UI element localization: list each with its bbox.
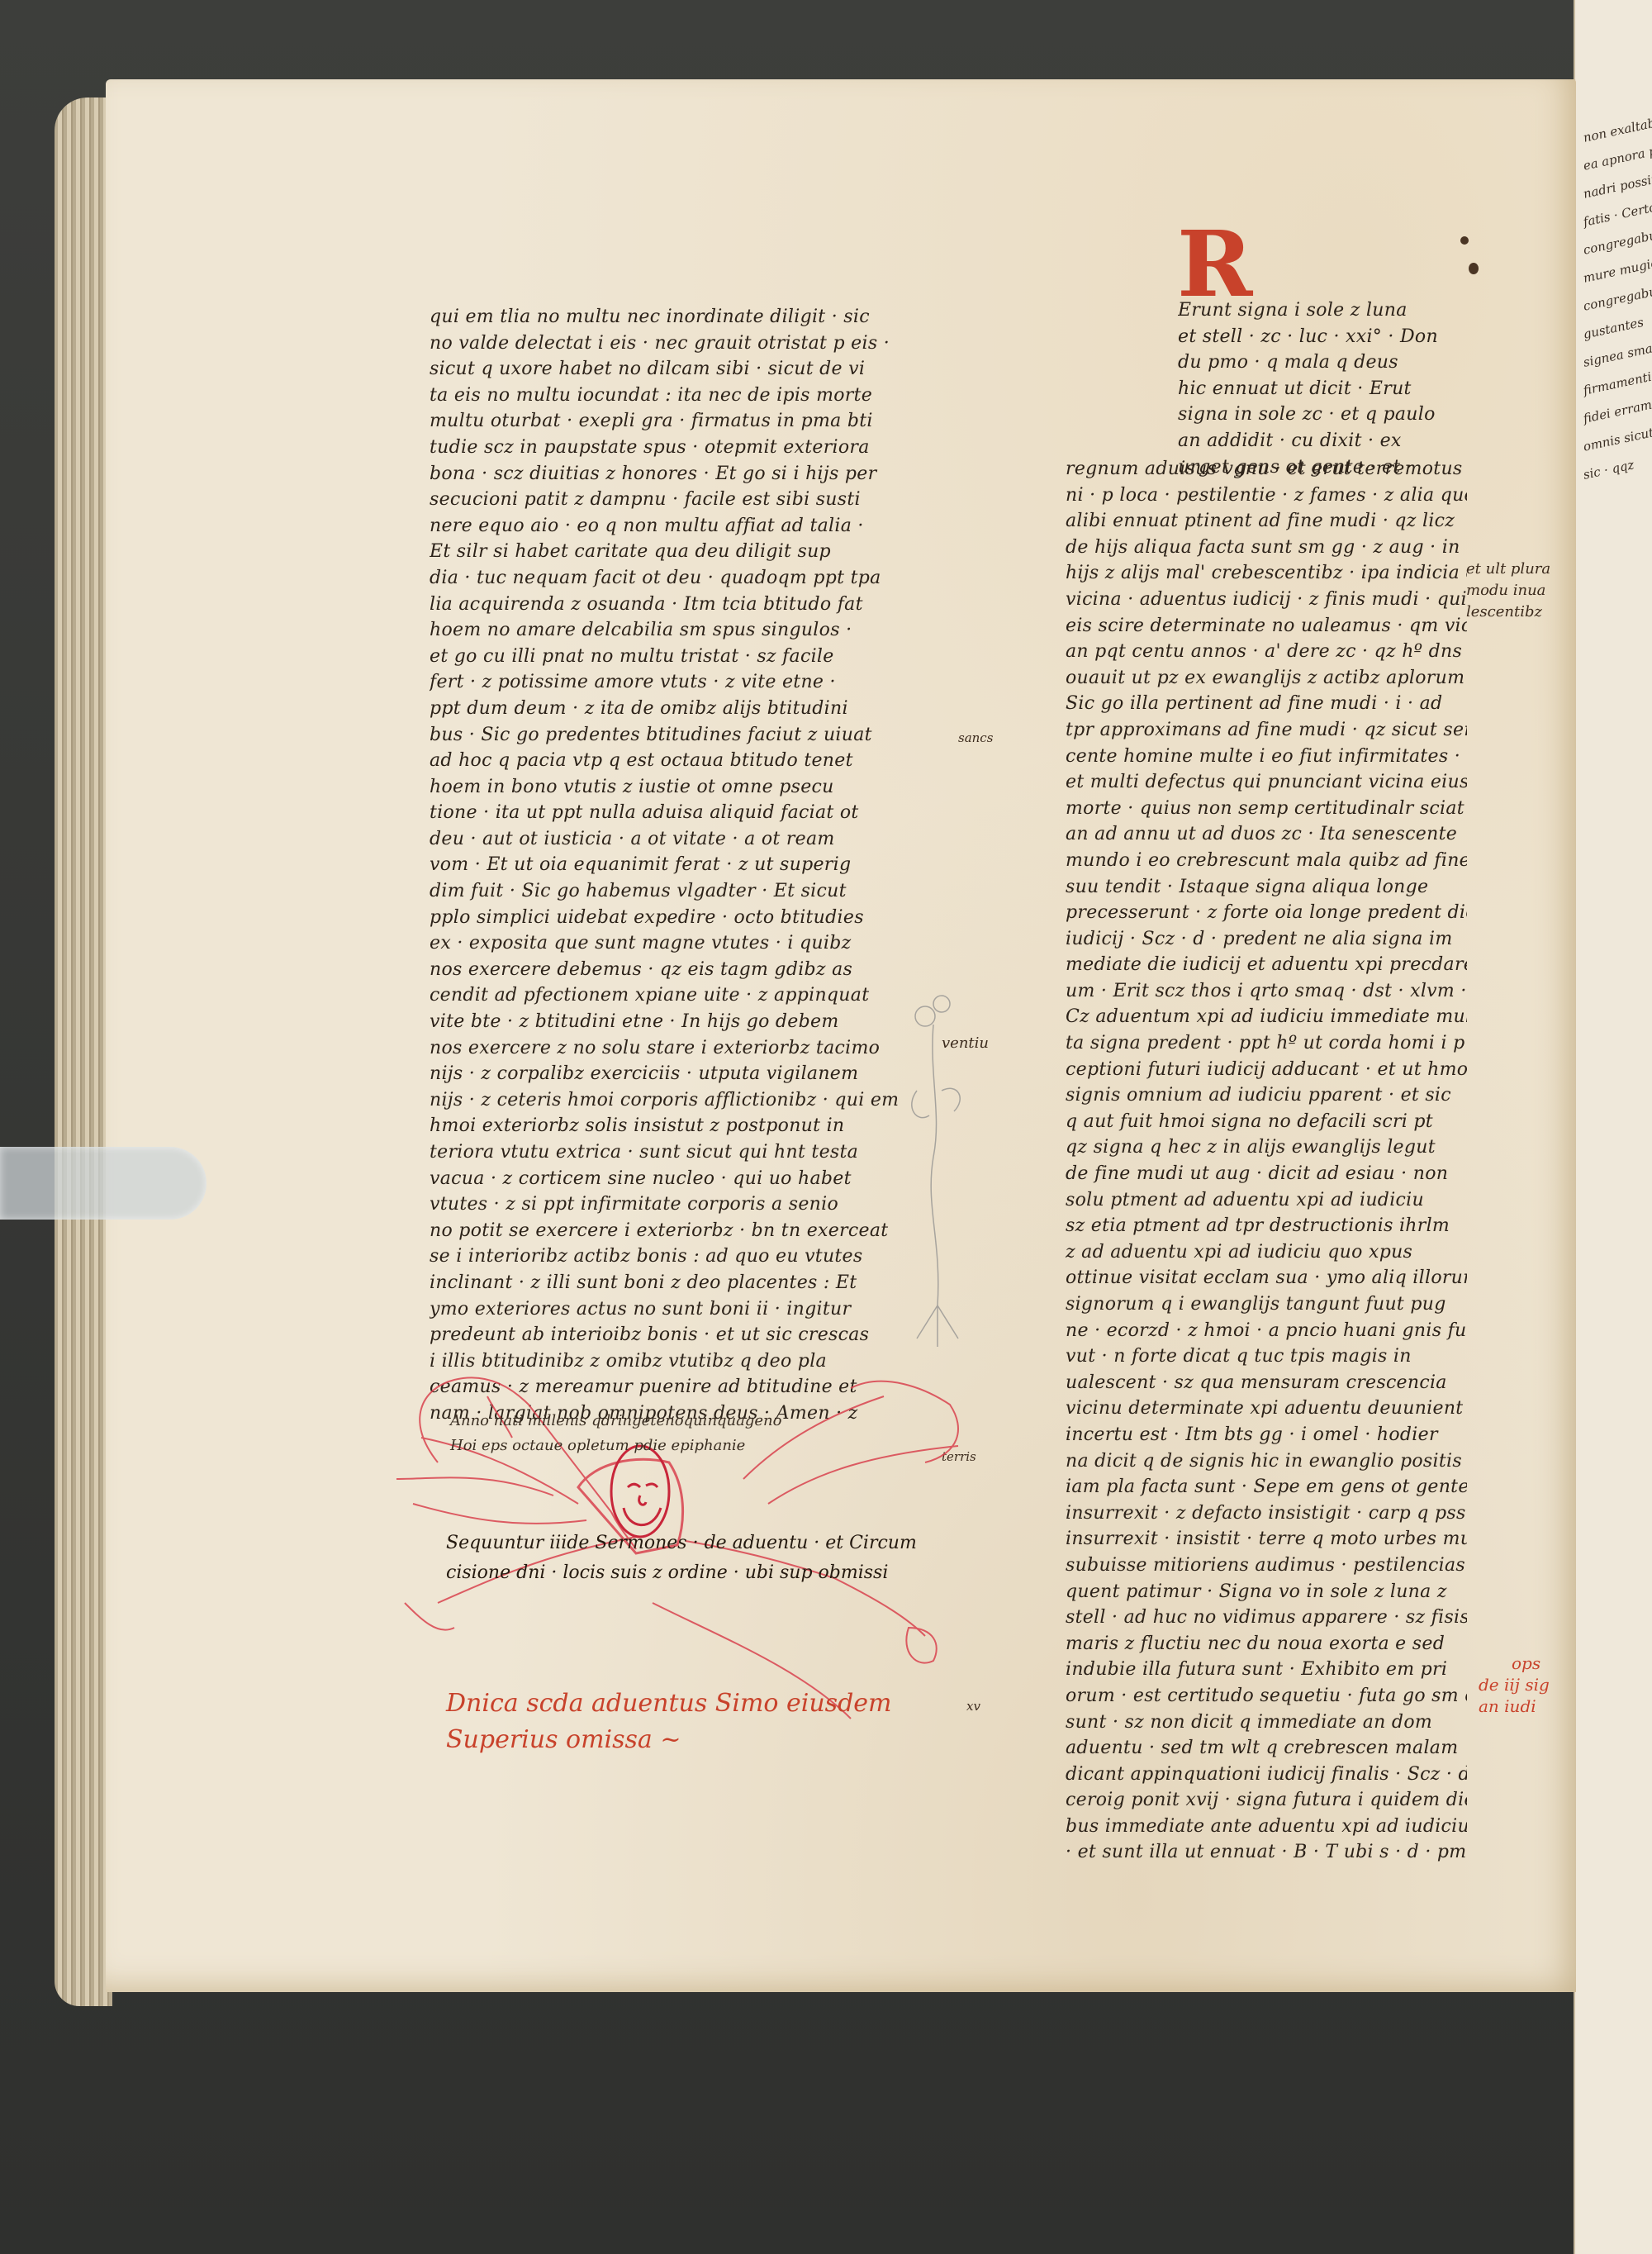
text-line: q aut fuit hmoi signa no defacili scri p… xyxy=(1066,1109,1467,1135)
incipit: Sequuntur iiide Sermones · de aduentu · … xyxy=(446,1529,917,1588)
text-line: bus · Sic go predentes btitudines faciut… xyxy=(430,722,975,749)
text-line: cente homine multe i eo fiut infirmitate… xyxy=(1066,744,1467,770)
text-line: vacua · z corticem sine nucleo · qui uo … xyxy=(430,1166,975,1192)
text-line: an ad annu ut ad duos zc · Ita senescent… xyxy=(1066,821,1467,848)
text-line: lia acquirenda z osuanda · Itm tcia btit… xyxy=(430,592,975,618)
text-line: ceptioni futuri iudicij adducant · et ut… xyxy=(1066,1057,1467,1083)
decorated-initial: R xyxy=(1177,223,1252,306)
incipit-line: Sequuntur iiide Sermones · de aduentu · … xyxy=(446,1529,917,1558)
text-line: et multi defectus qui pnunciant vicina e… xyxy=(1066,769,1467,796)
text-line: hijs z alijs mal' crebescentibz · ipa in… xyxy=(1066,560,1467,587)
gutter-note-sancs: sancs xyxy=(958,727,993,749)
text-line: suu tendit · Istaque signa aliqua longe xyxy=(1066,874,1467,901)
text-line: sunt · sz non dicit q immediate an dom xyxy=(1066,1710,1467,1736)
text-line: signa in sole zc · et q paulo xyxy=(1178,402,1467,428)
text-line: Erunt signa i sole z luna xyxy=(1178,297,1467,324)
text-line: et go cu illi pnat no multu tristat · sz… xyxy=(430,644,975,670)
text-line: solu ptment ad aduentu xpi ad iudiciu xyxy=(1066,1187,1467,1214)
text-line: eis scire determinate no ualeamus · qm v… xyxy=(1066,613,1467,640)
text-line: an addidit · cu dixit · ex xyxy=(1178,428,1467,454)
text-line: hmoi exteriorbz solis insistut z postpon… xyxy=(430,1113,975,1139)
margin-note-line: modu inua xyxy=(1466,580,1550,602)
text-line: secucioni patit z dampnu · facile est si… xyxy=(430,487,975,513)
text-line: de hijs aliqua facta sunt sm gg · z aug … xyxy=(1066,535,1467,561)
text-line: vicinu determinate xpi aduentu deuunient xyxy=(1066,1396,1467,1422)
margin-note-line: lescentibz xyxy=(1466,602,1550,623)
text-line: iudicij · Scz · d · predent ne alia sign… xyxy=(1066,926,1467,953)
text-line: hoem in bono vtutis z iustie ot omne pse… xyxy=(430,774,975,801)
rubric-line: Superius omissa ~ xyxy=(446,1722,891,1758)
text-line: bus immediate ante aduentu xpi ad iudici… xyxy=(1066,1814,1467,1840)
text-line: hoem no amare delcabilia sm spus singulo… xyxy=(430,617,975,644)
text-line: nere equo aio · eo q non multu affiat ad… xyxy=(430,513,975,540)
text-line: ne · ecorzd · z hmoi · a pncio huani gni… xyxy=(1066,1318,1467,1344)
text-line: multu oturbat · exepli gra · firmatus in… xyxy=(430,408,975,435)
margin-note-red: ops de iij sig an iudi xyxy=(1479,1652,1550,1717)
text-line: z ad aduentu xpi ad iudiciu quo xpus xyxy=(1066,1239,1467,1266)
margin-note-right: et ult plura modu inua lescentibz xyxy=(1466,559,1550,623)
text-line: signorum q i ewanglijs tangunt fuut pug xyxy=(1066,1291,1467,1318)
colophon-line: Anno nati millenis qdringetenoquinquagen… xyxy=(450,1409,781,1434)
text-line: maris z fluctiu nec du noua exorta e sed xyxy=(1066,1631,1467,1657)
margin-note-line: et ult plura xyxy=(1466,559,1550,580)
text-line: de fine mudi ut aug · dicit ad esiau · n… xyxy=(1066,1161,1467,1187)
text-line: insurrexit · insistit · terre q moto urb… xyxy=(1066,1526,1467,1553)
text-line: ceroig ponit xvij · signa futura i quide… xyxy=(1066,1787,1467,1814)
text-line: nijs · z ceteris hmoi corporis afflictio… xyxy=(430,1087,975,1114)
text-line: incertu est · Itm bts gg · i omel · hodi… xyxy=(1066,1422,1467,1448)
text-line: · et sunt illa ut ennuat · B · T ubi s ·… xyxy=(1066,1839,1467,1866)
text-line: sicut q uxore habet no dilcam sibi · sic… xyxy=(430,356,975,383)
text-line: du pmo · q mala q deus xyxy=(1178,350,1467,376)
text-line: predeunt ab interioibz bonis · et ut sic… xyxy=(430,1322,975,1348)
text-line: mediate die iudicij et aduentu xpi precd… xyxy=(1066,952,1467,978)
page-edge-stack xyxy=(55,97,112,2006)
text-line: teriora vtutu extrica · sunt sicut qui h… xyxy=(430,1139,975,1166)
text-line: qui em tlia no multu nec inordinate dili… xyxy=(430,304,975,330)
text-line: inclinant · z illi sunt boni z deo place… xyxy=(430,1270,975,1296)
text-line: an pqt centu annos · a' dere zc · qz hº … xyxy=(1066,639,1467,665)
graphite-sketch xyxy=(909,991,1008,1405)
margin-note-line: de iij sig xyxy=(1479,1674,1550,1695)
text-line: orum · est certitudo sequetiu · futa go … xyxy=(1066,1683,1467,1710)
right-text-column: regnum aduisus vgnu · et erut terremotus… xyxy=(1066,456,1467,1866)
text-line: quent patimur · Signa vo in sole z luna … xyxy=(1066,1579,1467,1605)
text-line: cendit ad pfectionem xpiane uite · z app… xyxy=(430,982,975,1009)
text-line: ottinue visitat ecclam sua · ymo aliq il… xyxy=(1066,1265,1467,1291)
text-line: vut · n forte dicat q tuc tpis magis in xyxy=(1066,1343,1467,1370)
text-line: deu · aut ot iusticia · a ot vitate · a … xyxy=(430,826,975,853)
text-line: nijs · z corpalibz exerciciis · utputa v… xyxy=(430,1061,975,1087)
text-line: dia · tuc nequam facit ot deu · quadoqm … xyxy=(430,565,975,592)
text-line: Sic go illa pertinent ad fine mudi · i ·… xyxy=(1066,691,1467,717)
margin-note-line: ops xyxy=(1479,1652,1550,1674)
worm-hole xyxy=(1460,236,1469,245)
incipit-line: cisione dni · locis suis z ordine · ubi … xyxy=(446,1558,917,1588)
text-line: iam pla facta sunt · Sepe em gens ot gen… xyxy=(1066,1474,1467,1500)
text-line: signis omnium ad iudiciu pparent · et si… xyxy=(1066,1082,1467,1109)
text-line: nos exercere debemus · qz eis tagm gdibz… xyxy=(430,957,975,983)
text-line: vtutes · z si ppt infirmitate corporis a… xyxy=(430,1191,975,1218)
text-line: regnum aduisus vgnu · et erut terremotus… xyxy=(1066,456,1467,483)
text-line: no potit se exercere i exteriorbz · bn t… xyxy=(430,1218,975,1244)
text-line: indubie illa futura sunt · Exhibito em p… xyxy=(1066,1657,1467,1683)
text-line: na dicit q de signis hic in ewanglio pos… xyxy=(1066,1448,1467,1475)
worm-hole xyxy=(1469,263,1479,274)
text-line: ni · p loca · pestilentie · z fames · z … xyxy=(1066,483,1467,509)
text-line: vite bte · z btitudini etne · In hijs go… xyxy=(430,1009,975,1035)
left-text-column: qui em tlia no multu nec inordinate dili… xyxy=(430,304,975,1427)
text-line: tpr approximans ad fine mudi · qz sicut … xyxy=(1066,717,1467,744)
text-line: fert · z potissime amore vtuts · z vite … xyxy=(430,669,975,696)
text-line: nos exercere z no solu stare i exteriorb… xyxy=(430,1035,975,1062)
text-line: ad hoc q pacia vtp q est octaua btitudo … xyxy=(430,748,975,774)
text-line: ta eis no multu iocundat : ita nec de ip… xyxy=(430,383,975,409)
text-line: ppt dum deum · z ita de omibz alijs btit… xyxy=(430,696,975,722)
text-line: subuisse mitioriens audimus · pestilenci… xyxy=(1066,1553,1467,1579)
text-line: qz signa q hec z in alijs ewanglijs legu… xyxy=(1066,1134,1467,1161)
text-line: mundo i eo crebrescunt mala quibz ad fin… xyxy=(1066,848,1467,874)
text-line: dim fuit · Sic go habemus vlgadter · Et … xyxy=(430,878,975,905)
text-line: dicant appinquationi iudicij finalis · S… xyxy=(1066,1762,1467,1788)
text-line: aduentu · sed tm wlt q crebrescen malam xyxy=(1066,1735,1467,1762)
text-line: no valde delectat i eis · nec grauit otr… xyxy=(430,330,975,357)
text-line: hic ennuat ut dicit · Erut xyxy=(1178,376,1467,402)
rubric-heading: Dnica scda aduentus Simo eiusdem Superiu… xyxy=(446,1686,891,1758)
right-text-column-top: Erunt signa i sole z lunaet stell · zc ·… xyxy=(1178,297,1467,480)
text-line: stell · ad huc no vidimus apparere · sz … xyxy=(1066,1605,1467,1631)
margin-note-line: an iudi xyxy=(1479,1695,1550,1717)
text-line: vicina · aduentus iudicij · z finis mudi… xyxy=(1066,587,1467,613)
rubric-line: Dnica scda aduentus Simo eiusdem xyxy=(446,1686,891,1722)
text-line: ualescent · sz qua mensuram crescencia xyxy=(1066,1370,1467,1396)
colophon: Anno nati millenis qdringetenoquinquagen… xyxy=(450,1409,781,1458)
facing-page-edge: non exaltabunt ea apnora pytea nadri pos… xyxy=(1574,0,1652,2254)
text-line: ymo exteriores actus no sunt boni ii · i… xyxy=(430,1296,975,1323)
text-line: sz etia ptment ad tpr destructionis ihrl… xyxy=(1066,1213,1467,1239)
text-line: et stell · zc · luc · xxi° · Don xyxy=(1178,324,1467,350)
text-line: se i interioribz actibz bonis : ad quo e… xyxy=(430,1244,975,1270)
text-line: ex · exposita que sunt magne vtutes · i … xyxy=(430,930,975,957)
text-line: precesserunt · z forte oia longe predent… xyxy=(1066,900,1467,926)
text-line: ouauit ut pz ex ewanglijs z actibz aplor… xyxy=(1066,665,1467,692)
text-line: vom · Et ut oia equanimit ferat · z ut s… xyxy=(430,852,975,878)
text-line: bona · scz diuitias z honores · Et go si… xyxy=(430,461,975,487)
text-line: ta signa predent · ppt hº ut corda homi … xyxy=(1066,1030,1467,1057)
text-line: tione · ita ut ppt nulla aduisa aliquid … xyxy=(430,800,975,826)
text-line: Et silr si habet caritate qua deu diligi… xyxy=(430,539,975,565)
plastic-page-clip xyxy=(0,1147,206,1220)
text-line: tudie scz in paupstate spus · otepmit ex… xyxy=(430,435,975,461)
text-line: insurrexit · z defacto insistigit · carp… xyxy=(1066,1500,1467,1527)
text-line: Cz aduentum xpi ad iudiciu immediate mul xyxy=(1066,1004,1467,1030)
text-line: um · Erit scz thos i qrto smaq · dst · x… xyxy=(1066,978,1467,1005)
text-line: morte · quius non semp certitudinalr sci… xyxy=(1066,796,1467,822)
text-line: alibi ennuat ptinent ad fine mudi · qz l… xyxy=(1066,508,1467,535)
text-line: pplo simplici uidebat expedire · octo bt… xyxy=(430,905,975,931)
colophon-line: Hoi eps octaue opletum pdie epiphanie xyxy=(450,1434,781,1458)
